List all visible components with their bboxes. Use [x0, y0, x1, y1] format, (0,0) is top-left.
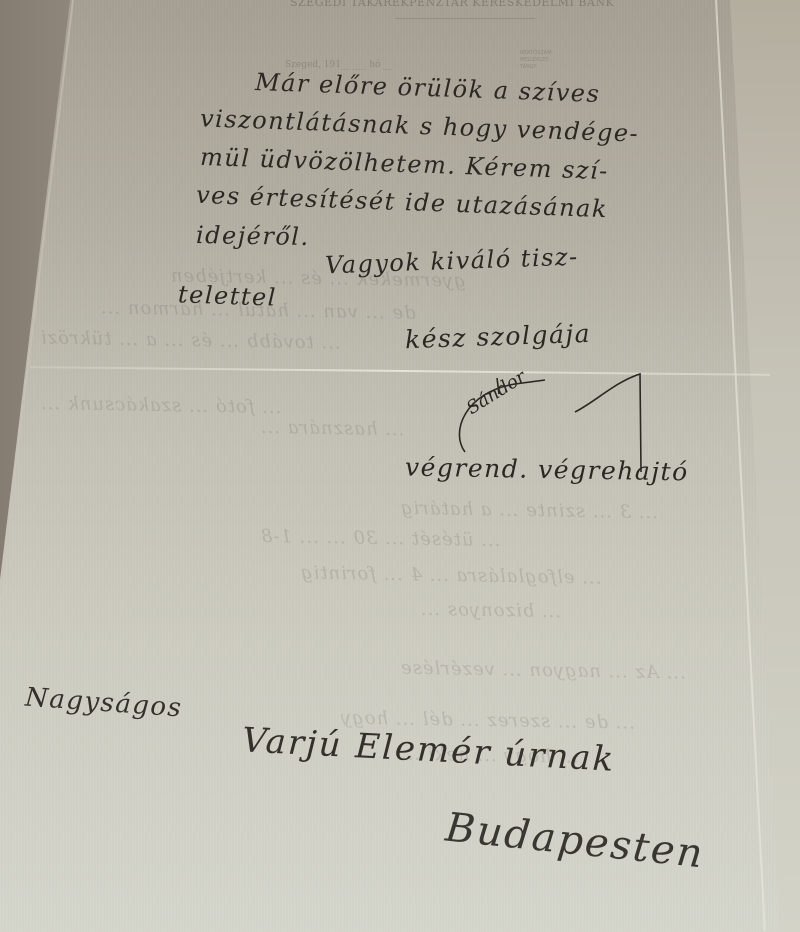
bleed-through-line: ... ütését ... 30 ... ... 1-8	[260, 526, 501, 551]
letter-body-line: idejéről.	[196, 221, 310, 251]
photo-scene: SZEGEDI TAKARÉKPÉNZTÁR KERESKEDELMI BANK…	[0, 0, 800, 932]
signature-flourish-icon	[455, 372, 655, 462]
bleed-through-line: ... 3 ... szinte ... a határig	[400, 498, 658, 524]
bleed-through-line: ... fotó ... szakácsunk ...	[40, 393, 282, 418]
letterhead-reference-block: IKTATÓSZÁM: MELLÉKLET: TÁRGY:	[520, 50, 553, 71]
letterhead-reference-line: MELLÉKLET:	[520, 57, 553, 64]
signatory-title: végrend. végrehajtó	[405, 453, 689, 487]
bleed-through-line: ... bizonyos ...	[420, 599, 562, 622]
bleed-through-line: ... hasznára ...	[260, 417, 405, 441]
letterhead-title: SZEGEDI TAKARÉKPÉNZTÁR KERESKEDELMI BANK	[290, 0, 710, 9]
letterhead-reference-line: IKTATÓSZÁM:	[520, 50, 553, 57]
letterhead-date-line: Szeged, 191__ ___ hó __	[285, 60, 392, 70]
letterhead-rule	[395, 18, 535, 19]
letter-body-line: telettel	[178, 280, 278, 311]
letterhead-reference-line: TÁRGY:	[520, 64, 553, 71]
